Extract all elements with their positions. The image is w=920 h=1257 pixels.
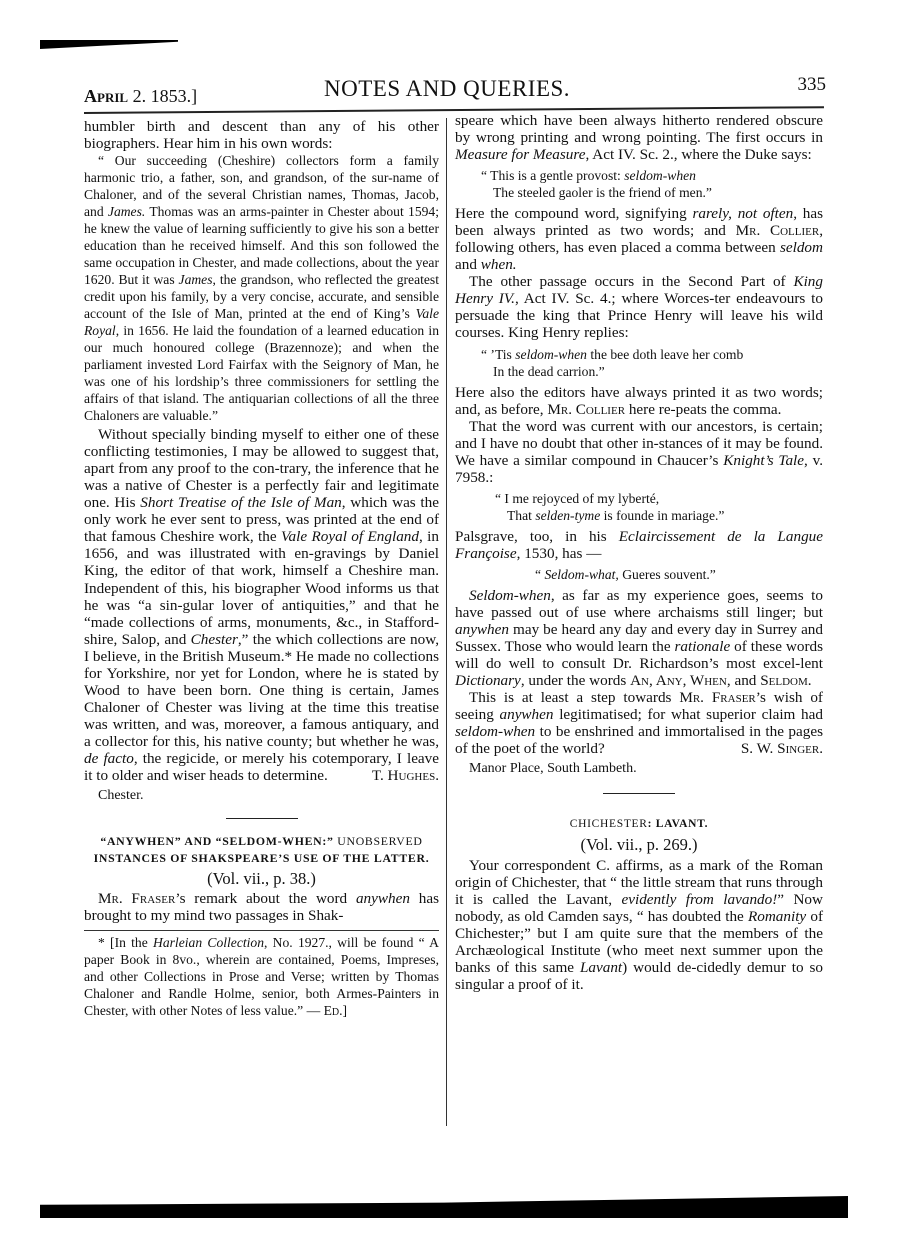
verse-quote: “ I me rejoyced of my lyberté,That selde… [495, 490, 823, 524]
paragraph: The other passage occurs in the Second P… [455, 273, 823, 341]
section-rule [603, 793, 675, 794]
scan-edge-mark [40, 1196, 848, 1218]
right-column: speare which have been always hitherto r… [455, 112, 823, 993]
paragraph: That the word was current with our ances… [455, 418, 823, 486]
author-place: Manor Place, South Lambeth. [455, 760, 823, 777]
volume-reference: (Vol. vii., p. 269.) [455, 836, 823, 853]
page-header: April 2. 1853.] NOTES AND QUERIES. 335 [84, 70, 824, 110]
issue-date: April 2. 1853.] [84, 86, 197, 107]
paragraph: humbler birth and descent than any of hi… [84, 118, 439, 152]
quoted-passage: “ Our succeeding (Cheshire) collectors f… [84, 152, 439, 424]
verse-quote: “ Seldom-what, Gueres souvent.” [535, 566, 823, 583]
paragraph: Without specially binding myself to eith… [84, 426, 439, 784]
footnote-rule [84, 930, 439, 931]
author-place: Chester. [84, 787, 439, 804]
paragraph: Here also the editors have always printe… [455, 384, 823, 418]
paragraph: Mr. Fraser’s remark about the word anywh… [84, 890, 439, 924]
journal-title: NOTES AND QUERIES. [324, 76, 570, 102]
paragraph: Palsgrave, too, in his Eclaircissement d… [455, 528, 823, 562]
paragraph: speare which have been always hitherto r… [455, 112, 823, 163]
section-heading: “Anywhen” and “Seldom-when:” unobservedi… [84, 833, 439, 867]
column-divider [446, 118, 447, 1126]
left-column: humbler birth and descent than any of hi… [84, 118, 439, 1019]
page-number: 335 [798, 74, 827, 96]
verse-quote: “ This is a gentle provost: seldom-whenT… [481, 167, 823, 201]
section-rule [226, 818, 298, 819]
paragraph: Seldom-when, as far as my experience goe… [455, 587, 823, 689]
footnote: * [In the Harleian Collection, No. 1927.… [84, 935, 439, 1019]
section-heading: Chichester: Lavant. [455, 816, 823, 833]
volume-reference: (Vol. vii., p. 38.) [84, 870, 439, 887]
verse-quote: “ ’Tis seldom-when the bee doth leave he… [481, 346, 823, 380]
paragraph: Your correspondent C. affirms, as a mark… [455, 857, 823, 993]
paragraph: Here the compound word, signifying rarel… [455, 205, 823, 273]
scan-edge-mark [40, 40, 178, 49]
